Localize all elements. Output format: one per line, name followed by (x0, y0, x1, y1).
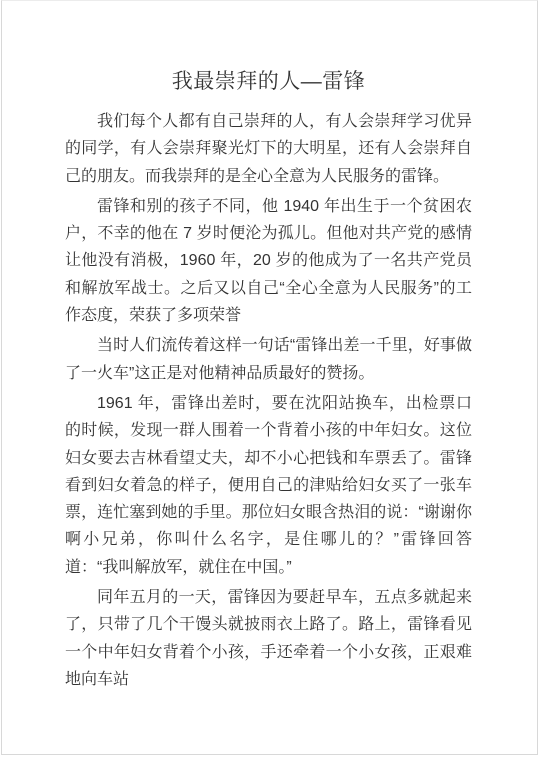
paragraph: 1961 年，雷锋出差时，要在沈阳站换车，出检票口的时候，发现一群人围着一个背着… (65, 390, 472, 581)
paragraph: 同年五月的一天，雷锋因为要赶早车，五点多就起来了，只带了几个干馒头就披雨衣上路了… (65, 584, 472, 693)
paragraph: 雷锋和别的孩子不同，他 1940 年出生于一个贫困农户，不幸的他在 7 岁时便沦… (65, 193, 472, 329)
document-page: 我最崇拜的人—雷锋 我们每个人都有自己崇拜的人，有人会崇拜学习优异的同学，有人会… (1, 0, 538, 755)
paragraph: 我们每个人都有自己崇拜的人，有人会崇拜学习优异的同学，有人会崇拜聚光灯下的大明星… (65, 108, 472, 190)
document-content: 我最崇拜的人—雷锋 我们每个人都有自己崇拜的人，有人会崇拜学习优异的同学，有人会… (2, 1, 537, 693)
document-body: 我们每个人都有自己崇拜的人，有人会崇拜学习优异的同学，有人会崇拜聚光灯下的大明星… (65, 108, 472, 693)
paragraph: 当时人们流传着这样一句话“雷锋出差一千里，好事做了一火车”这正是对他精神品质最好… (65, 332, 472, 387)
document-title: 我最崇拜的人—雷锋 (65, 67, 472, 97)
